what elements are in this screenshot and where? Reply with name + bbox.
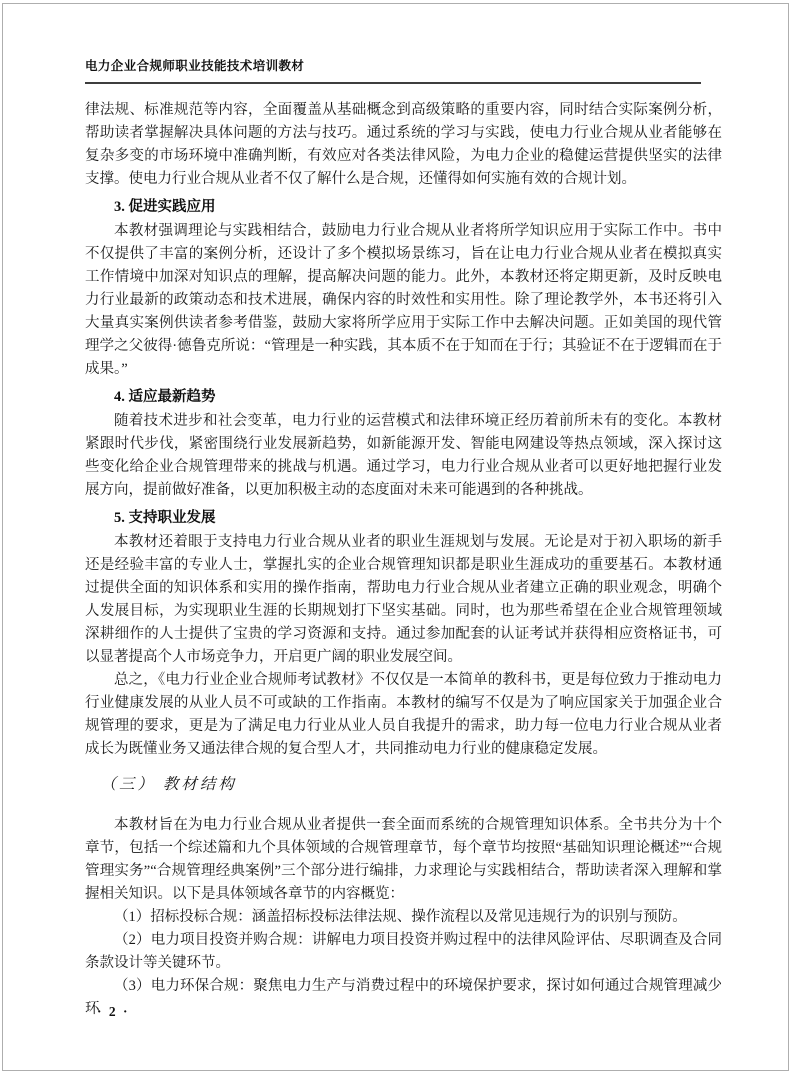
- header-rule: [85, 82, 701, 84]
- heading-textbook-structure: （三） 教材结构: [85, 773, 722, 796]
- list-item-environmental-compliance: （3）电力环保合规：聚焦电力生产与消费过程中的环境保护要求，探讨如何通过合规管理…: [85, 975, 722, 1021]
- paragraph-career-development: 本教材还着眼于支持电力行业合规从业者的职业生涯规划与发展。无论是对于初入职场的新…: [85, 531, 722, 669]
- header-title: 电力企业合规师职业技能技术培训教材: [85, 58, 722, 74]
- paragraph-structure-intro: 本教材旨在为电力行业合规从业者提供一套全面而系统的合规管理知识体系。全书共分为十…: [85, 814, 722, 906]
- page-number: · 2 ·: [97, 1004, 130, 1020]
- heading-career-development: 5. 支持职业发展: [85, 507, 722, 530]
- running-header: 电力企业合规师职业技能技术培训教材: [85, 58, 722, 84]
- heading-latest-trends: 4. 适应最新趋势: [85, 386, 722, 409]
- paragraph-promote-practice: 本教材强调理论与实践相结合，鼓励电力行业合规从业者将所学知识应用于实际工作中。书…: [85, 220, 722, 381]
- page-body: 律法规、标准规范等内容，全面覆盖从基础概念到高级策略的重要内容，同时结合实际案例…: [85, 99, 722, 1021]
- paragraph-latest-trends: 随着技术进步和社会变革，电力行业的运营模式和法律环境正经历着前所未有的变化。本教…: [85, 410, 722, 502]
- list-item-investment-compliance: （2）电力项目投资并购合规：讲解电力项目投资并购过程中的法律风险评估、尽职调查及…: [85, 929, 722, 975]
- paragraph-summary: 总之，《电力行业企业合规师考试教材》不仅仅是一本简单的教科书，更是每位致力于推动…: [85, 669, 722, 761]
- heading-promote-practice: 3. 促进实践应用: [85, 196, 722, 219]
- list-item-bidding-compliance: （1）招标投标合规：涵盖招标投标法律法规、操作流程以及常见违规行为的识别与预防。: [85, 906, 722, 929]
- paragraph-continuation: 律法规、标准规范等内容，全面覆盖从基础概念到高级策略的重要内容，同时结合实际案例…: [85, 99, 722, 191]
